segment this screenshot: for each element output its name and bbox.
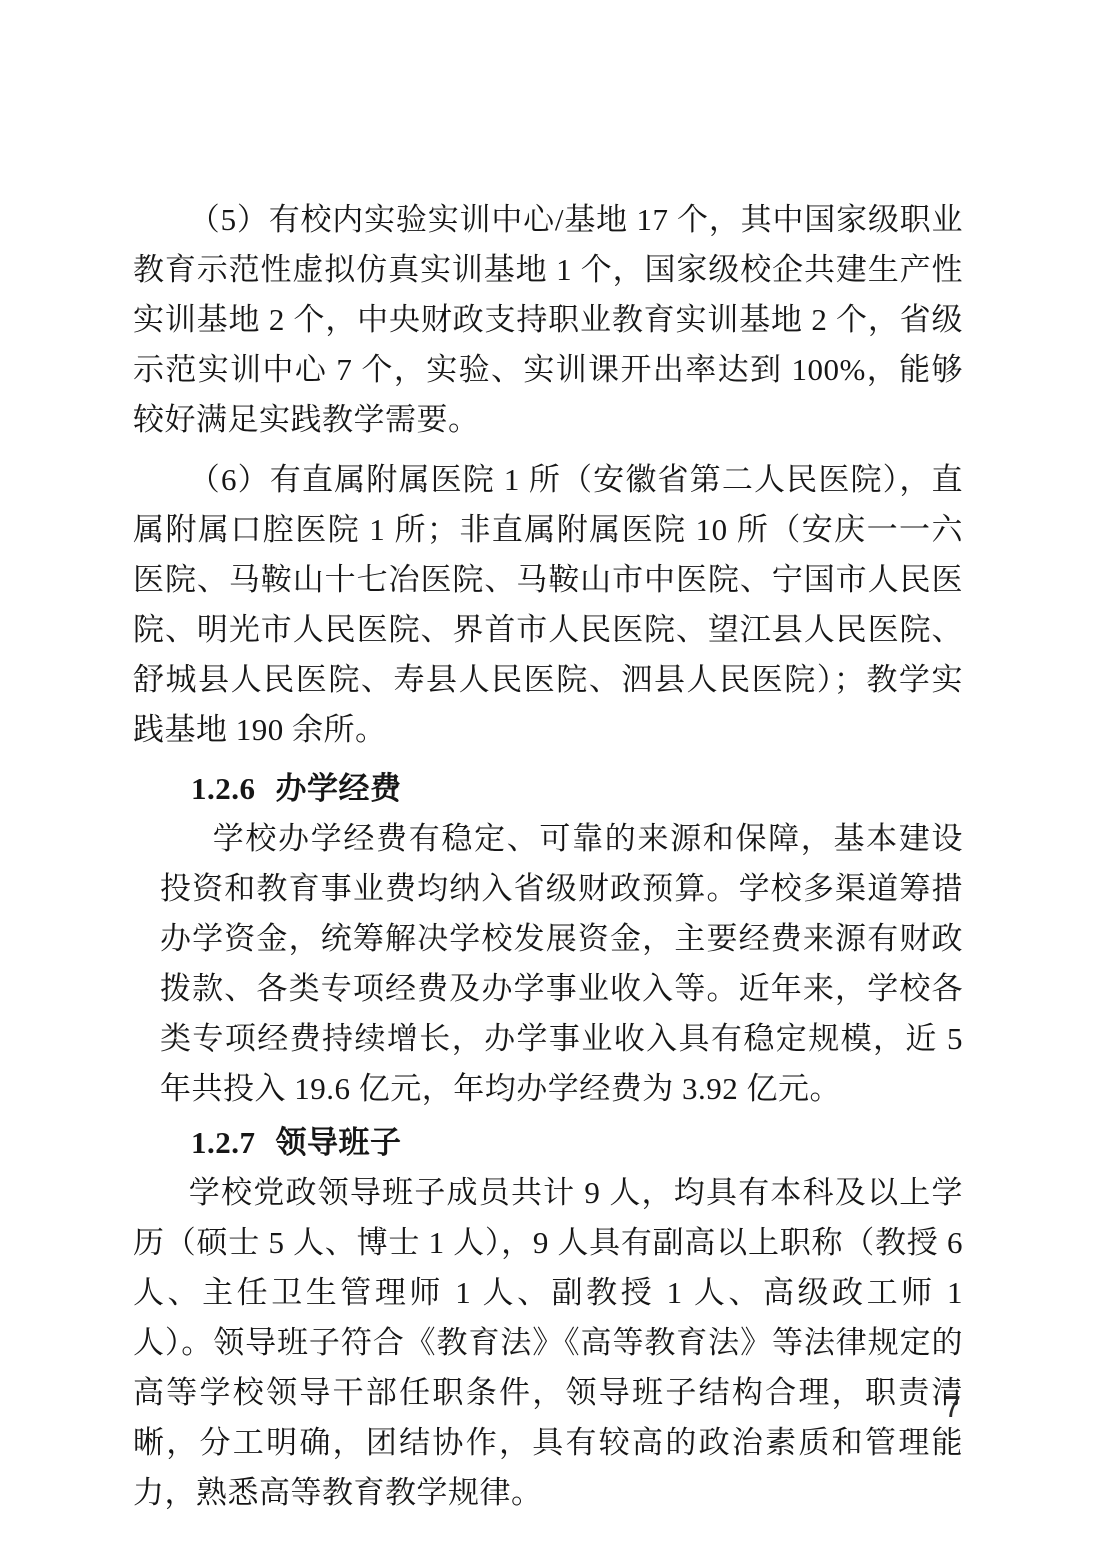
section-heading-1-2-6: 1.2.6办学经费	[133, 764, 963, 814]
page-number: 7	[944, 1391, 961, 1422]
section-heading-1-2-7: 1.2.7领导班子	[133, 1118, 963, 1168]
paragraph-funding: 学校办学经费有稳定、可靠的来源和保障，基本建设投资和教育事业费均纳入省级财政预算…	[160, 814, 963, 1114]
paragraph-leadership: 学校党政领导班子成员共计 9 人，均具有本科及以上学历（硕士 5 人、博士 1 …	[133, 1168, 963, 1518]
section-number-1-2-6: 1.2.6	[191, 771, 256, 806]
paragraph-affiliated-hospitals: （6）有直属附属医院 1 所（安徽省第二人民医院），直属附属口腔医院 1 所；非…	[133, 455, 963, 755]
section-number-1-2-7: 1.2.7	[191, 1125, 256, 1160]
section-title-funding: 办学经费	[276, 771, 402, 806]
page-body: （5）有校内实验实训中心/基地 17 个，其中国家级职业教育示范性虚拟仿真实训基…	[133, 195, 963, 1518]
document-page: （5）有校内实验实训中心/基地 17 个，其中国家级职业教育示范性虚拟仿真实训基…	[0, 0, 1102, 1559]
section-title-leadership: 领导班子	[276, 1125, 402, 1160]
paragraph-training-centers: （5）有校内实验实训中心/基地 17 个，其中国家级职业教育示范性虚拟仿真实训基…	[133, 195, 963, 445]
